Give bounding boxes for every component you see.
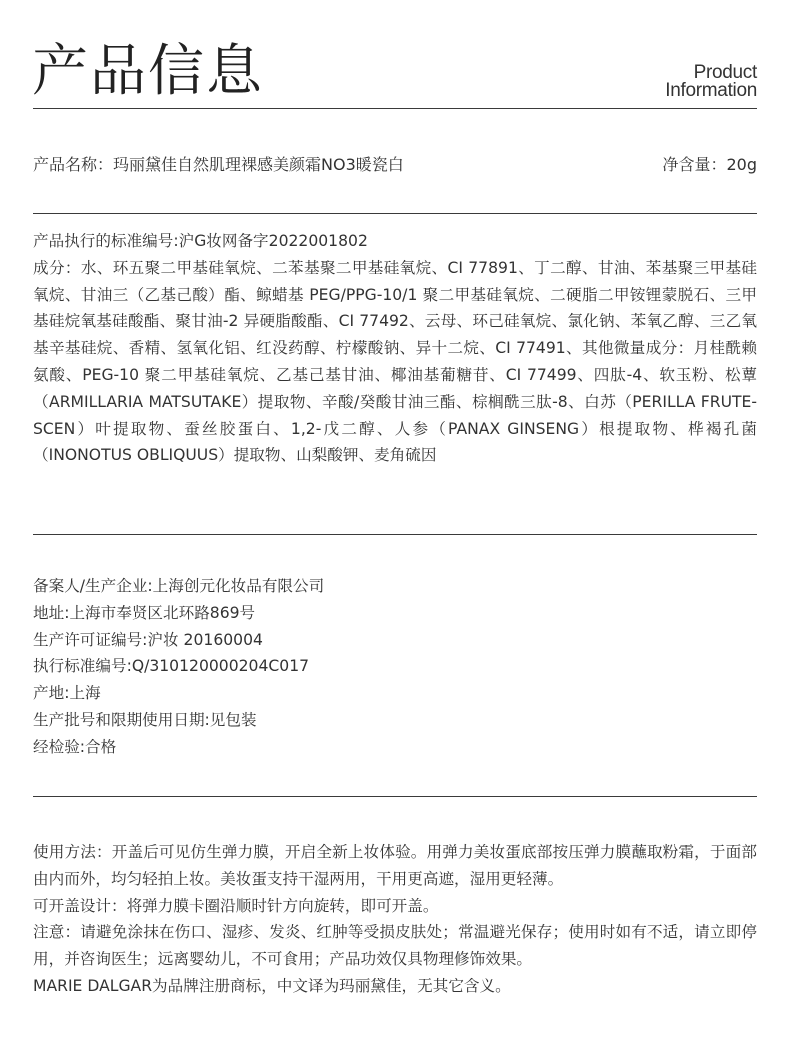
title-en-line2: Information	[665, 82, 757, 100]
manufacturer-section: 备案人/生产企业:上海创元化妆品有限公司 地址:上海市奉贤区北环路869号 生产…	[33, 573, 757, 761]
net-content-value: 20g	[726, 155, 757, 174]
manufacturer-line: 地址:上海市奉贤区北环路869号	[33, 600, 757, 627]
trademark-note: MARIE DALGAR为品牌注册商标，中文译为玛丽黛佳，无其它含义。	[33, 973, 757, 1000]
divider	[33, 108, 757, 109]
product-name-value: 玛丽黛佳自然肌理裸感美颜霜NO3暖瓷白	[113, 155, 404, 174]
open-design: 可开盖设计：将弹力膜卡圈沿顺时针方向旋转，即可开盖。	[33, 893, 757, 920]
page-title: 产品信息	[32, 38, 264, 106]
manufacturer-line: 执行标准编号:Q/310120000204C017	[33, 653, 757, 680]
caution: 注意：请避免涂抹在伤口、湿疹、发炎、红肿等受损皮肤处；常温避光保存；使用时如有不…	[33, 919, 757, 973]
divider	[33, 796, 757, 797]
usage-section: 使用方法：开盖后可见仿生弹力膜，开启全新上妆体验。用弹力美妆蛋底部按压弹力膜蘸取…	[33, 839, 757, 1000]
product-name-row: 产品名称：玛丽黛佳自然肌理裸感美颜霜NO3暖瓷白 净含量：20g	[33, 154, 757, 176]
manufacturer-line: 产地:上海	[33, 680, 757, 707]
manufacturer-line: 生产许可证编号:沪妆 20160004	[33, 627, 757, 654]
divider	[33, 213, 757, 214]
manufacturer-line: 经检验:合格	[33, 734, 757, 761]
usage-method: 使用方法：开盖后可见仿生弹力膜，开启全新上妆体验。用弹力美妆蛋底部按压弹力膜蘸取…	[33, 839, 757, 893]
net-content: 净含量：20g	[662, 154, 757, 176]
manufacturer-line: 备案人/生产企业:上海创元化妆品有限公司	[33, 573, 757, 600]
standard-number: 产品执行的标准编号:沪G妆网备字2022001802	[33, 228, 757, 255]
net-content-label: 净含量：	[662, 155, 726, 174]
ingredients-section: 产品执行的标准编号:沪G妆网备字2022001802 成分：水、环五聚二甲基硅氧…	[33, 228, 757, 469]
manufacturer-line: 生产批号和限期使用日期:见包装	[33, 707, 757, 734]
product-name: 产品名称：玛丽黛佳自然肌理裸感美颜霜NO3暖瓷白	[33, 154, 404, 176]
page-title-english: Product Information	[665, 64, 757, 100]
product-name-label: 产品名称：	[33, 155, 113, 174]
ingredient-list: 成分：水、环五聚二甲基硅氧烷、二苯基聚二甲基硅氧烷、CI 77891、丁二醇、甘…	[33, 255, 757, 469]
divider	[33, 534, 757, 535]
